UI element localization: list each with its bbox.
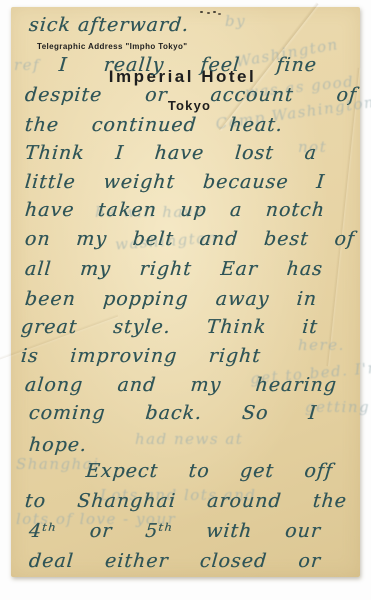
handwritten-line: been popping away in — [24, 288, 318, 310]
handwritten-line: Think I have lost a — [24, 142, 318, 164]
bleed-through-text: by — [225, 12, 246, 30]
handwritten-line: deal either closed or — [28, 550, 322, 572]
handwritten-line: I really feel fine — [58, 54, 318, 76]
handwritten-line: to Shanghai around the — [24, 490, 348, 512]
handwritten-line: have taken up a notch — [24, 199, 326, 221]
handwritten-line: little weight because I — [24, 171, 326, 193]
handwritten-line: along and my hearing — [24, 374, 338, 396]
handwritten-line: the continued heat. — [24, 114, 284, 136]
handwritten-line: all my right Ear has — [24, 258, 324, 280]
bleed-through-text: had news at — [135, 430, 243, 448]
handwritten-line: despite or account of — [24, 84, 358, 106]
handwritten-line: is improving right — [20, 345, 262, 367]
scanned-letter: by Washington was as good Camp Washingto… — [0, 0, 371, 600]
handwritten-line: coming back. So I — [28, 402, 318, 424]
letter-paper: by Washington was as good Camp Washingto… — [11, 7, 360, 577]
ink-specks — [200, 11, 203, 13]
handwritten-line: on my belt and best of — [24, 228, 356, 250]
handwritten-line: great style. Think it — [20, 316, 319, 338]
bleed-through-text: here. — [298, 336, 345, 354]
handwritten-line: hope. — [28, 434, 88, 456]
handwritten-line: sick afterward. — [28, 14, 190, 36]
handwritten-line: Expect to get off — [85, 460, 334, 482]
handwritten-line: 4ᵗʰ or 5ᵗʰ with our — [28, 520, 322, 542]
letterhead-telegraphic-address: Telegraphic Address "Impho Tokyo" — [37, 42, 187, 51]
